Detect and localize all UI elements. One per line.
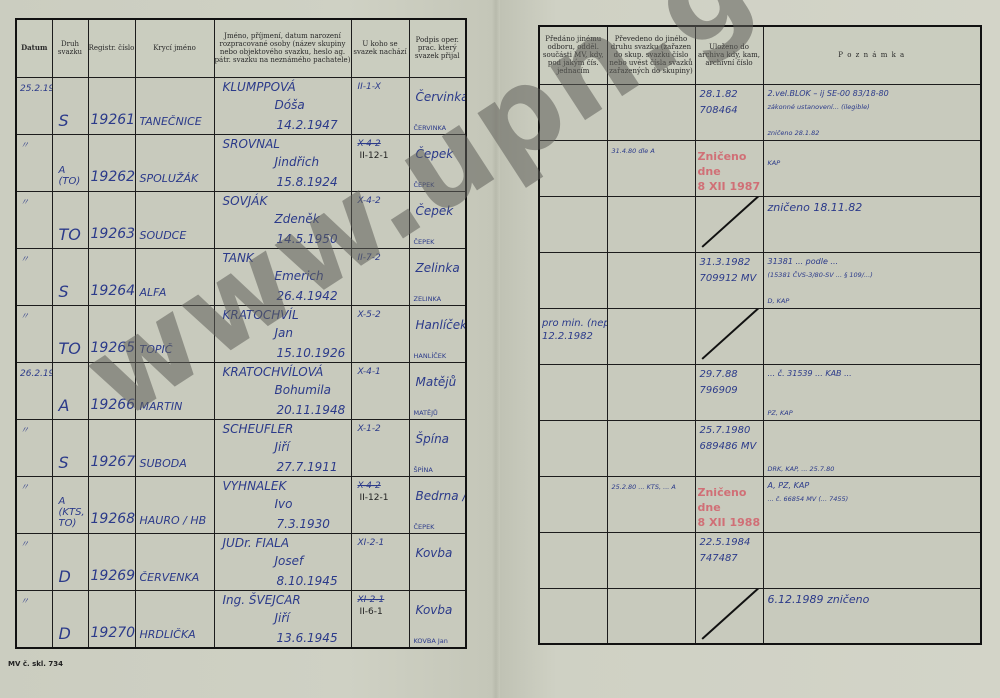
table-row: 31.3.1982 709912 MV 31381 ... podle ... … [539, 252, 981, 308]
cell-registr: 19269 [88, 534, 135, 591]
header-predano: Předáno jinému odboru, odděl. součásti M… [539, 26, 607, 84]
cell-poznamka: KAP [763, 140, 981, 196]
destroyed-stamp: Zničeno dne8 XII 1988 [698, 485, 763, 530]
cell-jmeno: JUDr. FIALA Josef 8.10.1945 [214, 534, 351, 591]
cell-kryci: TANEČNICE [135, 77, 214, 134]
cell-podpis: Bedrna / Čepek ČEPEK [409, 477, 466, 534]
header-poznamka: P o z n á m k a [763, 26, 981, 84]
cell-podpis: Červinka ČERVINKA [409, 77, 466, 134]
cell-podpis: Matějů MATĚJŮ [409, 362, 466, 419]
cell-datum: 〃 [16, 420, 52, 477]
cell-ulozeno: 28.1.82 708464 [695, 84, 763, 140]
table-row: 〃 TO 19265 TOPIČ KRATOCHVÍL Jan 15.10.19… [16, 305, 466, 362]
header-podpis: Podpis oper. prac. který svazek přijal [409, 19, 466, 77]
cell-podpis: Kovba [409, 534, 466, 591]
cell-ulozeno: 25.7.1980 689486 MV [695, 420, 763, 476]
cell-prevedeno [607, 420, 695, 476]
cell-predano [539, 84, 607, 140]
cell-jmeno: KLUMPPOVÁ Dóša 14.2.1947 [214, 77, 351, 134]
table-row: 〃 D 19270 HRDLIČKA Ing. ŠVEJCAR Jiří 13.… [16, 591, 466, 648]
cell-jmeno: VYHNALEK Ivo 7.3.1930 [214, 477, 351, 534]
book-gutter [492, 0, 500, 698]
cell-predano [539, 420, 607, 476]
cell-datum: 25.2.1980 [16, 77, 52, 134]
cell-poznamka: 31381 ... podle ... (15381 ČVS-3/80-SV .… [763, 252, 981, 308]
table-row: pro min. (nepřímo) 12.2.1982 [539, 308, 981, 364]
table-row: 26.2.1980 A 19266 MARTIN KRATOCHVÍLOVÁ B… [16, 362, 466, 419]
header-druh: Druh svazku [52, 19, 88, 77]
cell-druh: S [52, 420, 88, 477]
cell-ukoho: X-4-2 II-12-1 [351, 477, 409, 534]
header-ulozeno: Uloženo do archiva kdy, kam, archivní čí… [695, 26, 763, 84]
cell-podpis: Zelinka ZELINKA [409, 248, 466, 305]
register-table-right: Předáno jinému odboru, odděl. součásti M… [538, 25, 982, 645]
cell-prevedeno [607, 532, 695, 588]
signature: Kovba [416, 546, 453, 560]
cell-registr: 19263 [88, 191, 135, 248]
cell-kryci: ČERVENKA [135, 534, 214, 591]
cell-datum: 〃 [16, 534, 52, 591]
cell-podpis: Špína ŠPÍNA [409, 420, 466, 477]
table-row: 6.12.1989 zničeno [539, 588, 981, 644]
cell-druh: A (TO) [52, 134, 88, 191]
header-kryci: Krycí jméno [135, 19, 214, 77]
cell-podpis: Čepek ČEPEK [409, 191, 466, 248]
void-slash [701, 588, 763, 639]
cell-prevedeno [607, 308, 695, 364]
cell-ukoho: X-4-2 II-12-1 [351, 134, 409, 191]
header-registr: Registr. číslo [88, 19, 135, 77]
table-row: 〃 D 19269 ČERVENKA JUDr. FIALA Josef 8.1… [16, 534, 466, 591]
table-row: zničeno 18.11.82 [539, 196, 981, 252]
cell-druh: A (KTS, TO) [52, 477, 88, 534]
signature: Čepek [416, 204, 454, 218]
cell-registr: 19267 [88, 420, 135, 477]
cell-podpis: Hanlíček HANLÍČEK [409, 305, 466, 362]
cell-kryci: ALFA [135, 248, 214, 305]
cell-datum: 〃 [16, 477, 52, 534]
table-row: 25.2.1980 S 19261 TANEČNICE KLUMPPOVÁ Dó… [16, 77, 466, 134]
cell-predano [539, 252, 607, 308]
form-number: MV č. skl. 734 [8, 660, 63, 668]
cell-ulozeno: 22.5.1984 747487 [695, 532, 763, 588]
cell-prevedeno: 25.2.80 ... KTS, ... A [607, 476, 695, 532]
header-jmeno: Jméno, příjmení, datum narození rozpraco… [214, 19, 351, 77]
cell-prevedeno [607, 588, 695, 644]
cell-ulozeno [695, 308, 763, 364]
cell-jmeno: SROVNAL Jindřich 15.8.1924 [214, 134, 351, 191]
cell-prevedeno [607, 196, 695, 252]
table-row: 〃 S 19264 ALFA TANK Emerich 26.4.1942 II… [16, 248, 466, 305]
cell-predano [539, 196, 607, 252]
cell-registr: 19270 [88, 591, 135, 648]
cell-poznamka: 6.12.1989 zničeno [763, 588, 981, 644]
cell-prevedeno [607, 364, 695, 420]
cell-podpis: Čepek ČEPEK [409, 134, 466, 191]
cell-druh: D [52, 591, 88, 648]
cell-jmeno: KRATOCHVÍL Jan 15.10.1926 [214, 305, 351, 362]
cell-kryci: HAURO / HB [135, 477, 214, 534]
cell-ulozeno: Zničeno dne8 XII 1988 [695, 476, 763, 532]
cell-poznamka: ... č. 31539 ... KAB ... PZ, KAP [763, 364, 981, 420]
register-table-left: Datum Druh svazku Registr. číslo Krycí j… [15, 18, 467, 649]
cell-ukoho: X-4-2 [351, 191, 409, 248]
cell-registr: 19264 [88, 248, 135, 305]
cell-ulozeno: Zničeno dne8 XII 1987 [695, 140, 763, 196]
cell-kryci: SOUDCE [135, 191, 214, 248]
cell-kryci: SUBODA [135, 420, 214, 477]
cell-poznamka [763, 308, 981, 364]
cell-poznamka: zničeno 18.11.82 [763, 196, 981, 252]
signature: Bedrna / Čepek [416, 489, 467, 503]
cell-datum: 〃 [16, 191, 52, 248]
cell-poznamka: DRK, KAP, ... 25.7.80 [763, 420, 981, 476]
void-slash [701, 196, 763, 247]
cell-druh: TO [52, 191, 88, 248]
cell-druh: D [52, 534, 88, 591]
signature: Hanlíček [416, 318, 467, 332]
table-row: 〃 A (TO) 19262 SPOLUŽÁK SROVNAL Jindřich… [16, 134, 466, 191]
cell-ukoho: XI-2-1 II-6-1 [351, 591, 409, 648]
cell-ukoho: XI-2-1 [351, 534, 409, 591]
void-slash [701, 308, 763, 359]
cell-predano [539, 532, 607, 588]
header-ukoho: U koho se svazek nachází [351, 19, 409, 77]
table-row: 25.2.80 ... KTS, ... A Zničeno dne8 XII … [539, 476, 981, 532]
cell-ukoho: X-1-2 [351, 420, 409, 477]
cell-ulozeno [695, 588, 763, 644]
cell-ulozeno: 29.7.88 796909 [695, 364, 763, 420]
table-row: 〃 A (KTS, TO) 19268 HAURO / HB VYHNALEK … [16, 477, 466, 534]
cell-poznamka: A, PZ, KAP ... č. 66854 MV (... 7455) [763, 476, 981, 532]
cell-jmeno: SOVJÁK Zdeněk 14.5.1950 [214, 191, 351, 248]
cell-predano [539, 588, 607, 644]
table-row: 〃 TO 19263 SOUDCE SOVJÁK Zdeněk 14.5.195… [16, 191, 466, 248]
table-row: 28.1.82 708464 2.vel.BLOK – ij SE-00 83/… [539, 84, 981, 140]
cell-datum: 〃 [16, 134, 52, 191]
table-row: 〃 S 19267 SUBODA SCHEUFLER Jiří 27.7.191… [16, 420, 466, 477]
cell-druh: A [52, 362, 88, 419]
cell-druh: S [52, 248, 88, 305]
signature: Zelinka [416, 261, 460, 275]
cell-predano: pro min. (nepřímo) 12.2.1982 [539, 308, 607, 364]
table-row: 25.7.1980 689486 MV DRK, KAP, ... 25.7.8… [539, 420, 981, 476]
cell-jmeno: TANK Emerich 26.4.1942 [214, 248, 351, 305]
cell-jmeno: SCHEUFLER Jiří 27.7.1911 [214, 420, 351, 477]
cell-ukoho: II-7-2 [351, 248, 409, 305]
cell-jmeno: KRATOCHVÍLOVÁ Bohumila 20.11.1948 [214, 362, 351, 419]
cell-registr: 19265 [88, 305, 135, 362]
signature: Matějů [416, 375, 457, 389]
signature: Kovba [416, 603, 453, 617]
signature: Čepek [416, 147, 454, 161]
header-prevedeno: Převedeno do jiného druhu svazku (zařaze… [607, 26, 695, 84]
cell-druh: S [52, 77, 88, 134]
cell-ulozeno: 31.3.1982 709912 MV [695, 252, 763, 308]
cell-poznamka: 2.vel.BLOK – ij SE-00 83/18-80 zákonné u… [763, 84, 981, 140]
cell-kryci: SPOLUŽÁK [135, 134, 214, 191]
cell-datum: 26.2.1980 [16, 362, 52, 419]
destroyed-stamp: Zničeno dne8 XII 1987 [698, 149, 763, 194]
table-row: 31.4.80 dle A Zničeno dne8 XII 1987 KAP [539, 140, 981, 196]
cell-druh: TO [52, 305, 88, 362]
cell-kryci: TOPIČ [135, 305, 214, 362]
table-row: 29.7.88 796909 ... č. 31539 ... KAB ... … [539, 364, 981, 420]
header-datum: Datum [16, 19, 52, 77]
signature: Červinka [416, 90, 467, 104]
signature: Špína [416, 432, 450, 446]
cell-jmeno: Ing. ŠVEJCAR Jiří 13.6.1945 [214, 591, 351, 648]
table-row: 22.5.1984 747487 [539, 532, 981, 588]
cell-registr: 19262 [88, 134, 135, 191]
cell-podpis: Kovba KOVBA Jan [409, 591, 466, 648]
cell-predano [539, 476, 607, 532]
cell-kryci: MARTIN [135, 362, 214, 419]
cell-registr: 19268 [88, 477, 135, 534]
cell-prevedeno: 31.4.80 dle A [607, 140, 695, 196]
cell-ukoho: X-5-2 [351, 305, 409, 362]
cell-poznamka [763, 532, 981, 588]
cell-registr: 19266 [88, 362, 135, 419]
cell-datum: 〃 [16, 305, 52, 362]
cell-registr: 19261 [88, 77, 135, 134]
cell-kryci: HRDLIČKA [135, 591, 214, 648]
cell-ulozeno [695, 196, 763, 252]
cell-datum: 〃 [16, 248, 52, 305]
cell-ukoho: X-4-1 [351, 362, 409, 419]
cell-predano [539, 140, 607, 196]
cell-ukoho: II-1-X [351, 77, 409, 134]
cell-datum: 〃 [16, 591, 52, 648]
cell-prevedeno [607, 252, 695, 308]
cell-prevedeno [607, 84, 695, 140]
cell-predano [539, 364, 607, 420]
